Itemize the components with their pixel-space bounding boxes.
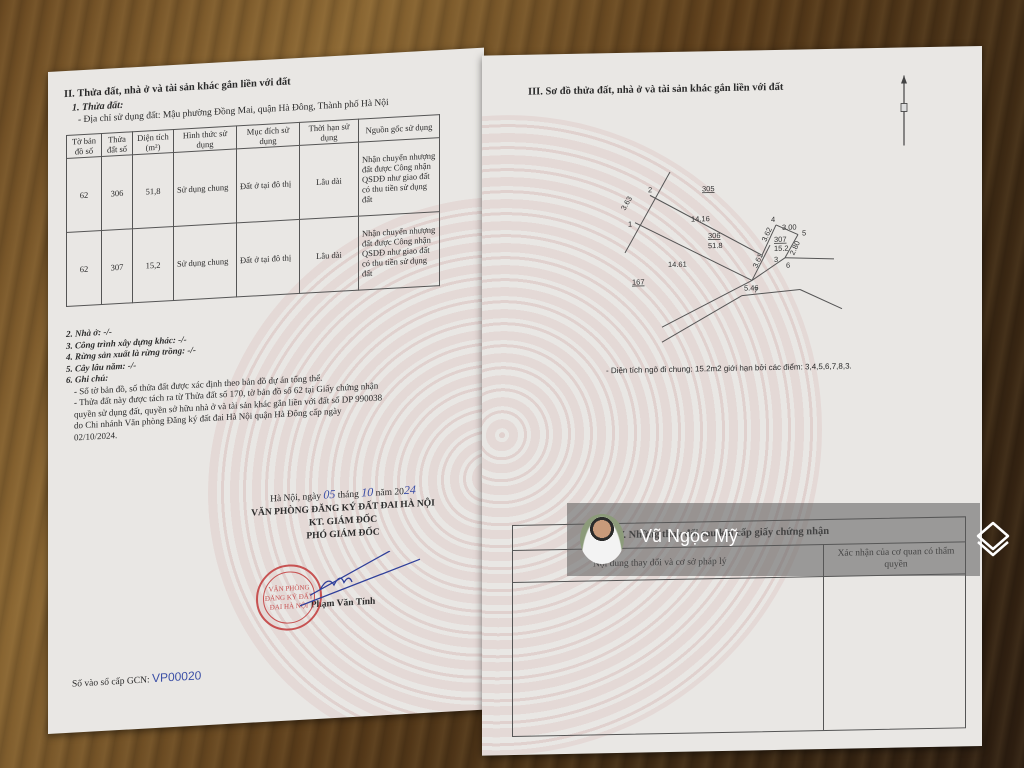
neighbor-167-label: 167: [632, 277, 645, 286]
edge-2-3-length: 14.16: [691, 214, 710, 223]
gcn-number: VP00020: [152, 668, 201, 685]
land-plot-table: Tờ bản đồ số Thửa đất số Diện tích (m²) …: [66, 114, 440, 307]
layered-chevron-logo-icon: [974, 520, 1012, 560]
parcel-306-area: 51.8: [708, 241, 723, 250]
point-4: 4: [771, 215, 775, 224]
cell-area: 51,8: [133, 152, 174, 228]
col-usage-term: Thời hạn sử dụng: [300, 119, 359, 145]
certificate-left-page: II. Thửa đất, nhà ở và tài sản khác gắn …: [48, 48, 484, 734]
property-items: 2. Nhà ở: -/- 3. Công trình xây dựng khá…: [66, 311, 382, 444]
cell-usage-form: Sử dụng chung: [174, 149, 237, 227]
cell-map-sheet: 62: [67, 157, 102, 233]
cell-usage-term: Lâu dài: [300, 216, 359, 293]
poster-info-overlay: [567, 503, 980, 576]
certificate-right-page: III. Sơ đồ thửa đất, nhà ở và tài sản kh…: [482, 46, 982, 756]
edge-4-5-length: 3.00: [782, 223, 797, 232]
edge-1-2-length: 3.63: [619, 195, 634, 212]
neighbor-305-label: 305: [702, 184, 715, 193]
point-5: 5: [802, 228, 806, 237]
address-value: Mậu phường Đồng Mai, quận Hà Đông, Thành…: [163, 98, 389, 121]
point-7: 7: [754, 285, 758, 294]
date-month: 10: [361, 485, 373, 500]
cell-usage-origin: Nhận chuyển nhượng đất được Công nhận QS…: [359, 212, 440, 291]
date-prefix: Hà Nội, ngày: [270, 492, 321, 505]
signature-icon: [280, 549, 430, 617]
date-day: 05: [323, 487, 335, 502]
gcn-label: Số vào sổ cấp GCN:: [72, 675, 150, 689]
parcel-306-number: 306: [708, 231, 721, 240]
col-plot-number: Thửa đất số: [102, 132, 133, 157]
gcn-register: Số vào sổ cấp GCN: VP00020: [72, 668, 201, 689]
point-1: 1: [628, 220, 632, 229]
cell-usage-form: Sử dụng chung: [174, 223, 237, 301]
edge-1-7-length: 14.61: [668, 260, 687, 269]
edge-7-3-length: 3.61: [751, 252, 765, 269]
parcel-307-number: 307: [774, 235, 787, 244]
edge-5-6-length: 2.80: [788, 239, 802, 256]
north-arrow-icon: [899, 75, 909, 145]
cell-plot-number: 307: [102, 229, 133, 305]
year-label: năm 20: [376, 487, 404, 499]
col-map-sheet: Tờ bản đồ số: [67, 134, 102, 159]
point-2: 2: [648, 185, 652, 194]
point-6: 6: [786, 261, 790, 270]
poster-name[interactable]: Vũ Ngọc Mỹ: [640, 526, 738, 547]
cell-usage-purpose: Đất ở tại đô thị: [237, 219, 300, 297]
cell-map-sheet: 62: [67, 231, 102, 307]
point-3: 3: [774, 255, 778, 264]
cell-plot-number: 306: [102, 155, 133, 231]
cell-usage-term: Lâu dài: [300, 142, 359, 219]
month-label: tháng: [338, 490, 359, 501]
cell-area: 15,2: [133, 226, 174, 302]
poster-avatar[interactable]: [580, 514, 624, 564]
cell-usage-origin: Nhận chuyển nhượng đất được Công nhận QS…: [359, 138, 440, 217]
cell-usage-purpose: Đất ở tại đô thị: [237, 145, 300, 223]
parcel-307-area: 15.2: [774, 244, 789, 253]
address-label: - Địa chỉ sử dụng đất:: [78, 111, 160, 126]
section-ii-title: II. Thửa đất, nhà ở và tài sản khác gắn …: [64, 76, 291, 101]
col-area: Diện tích (m²): [133, 129, 174, 154]
date-year: 24: [404, 482, 416, 497]
